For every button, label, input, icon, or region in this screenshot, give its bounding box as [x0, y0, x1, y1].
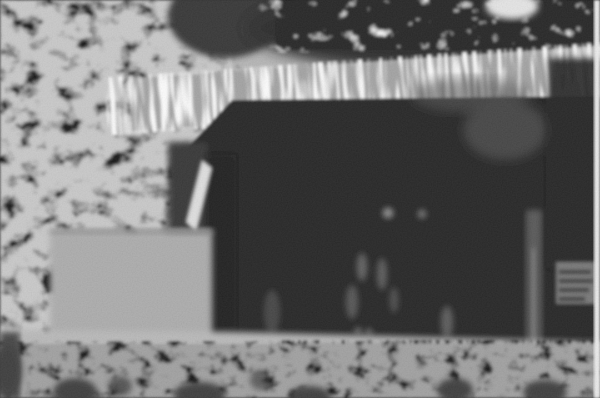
photo-frame	[0, 0, 600, 398]
photo-scene	[0, 0, 600, 398]
film-grain	[0, 0, 600, 398]
